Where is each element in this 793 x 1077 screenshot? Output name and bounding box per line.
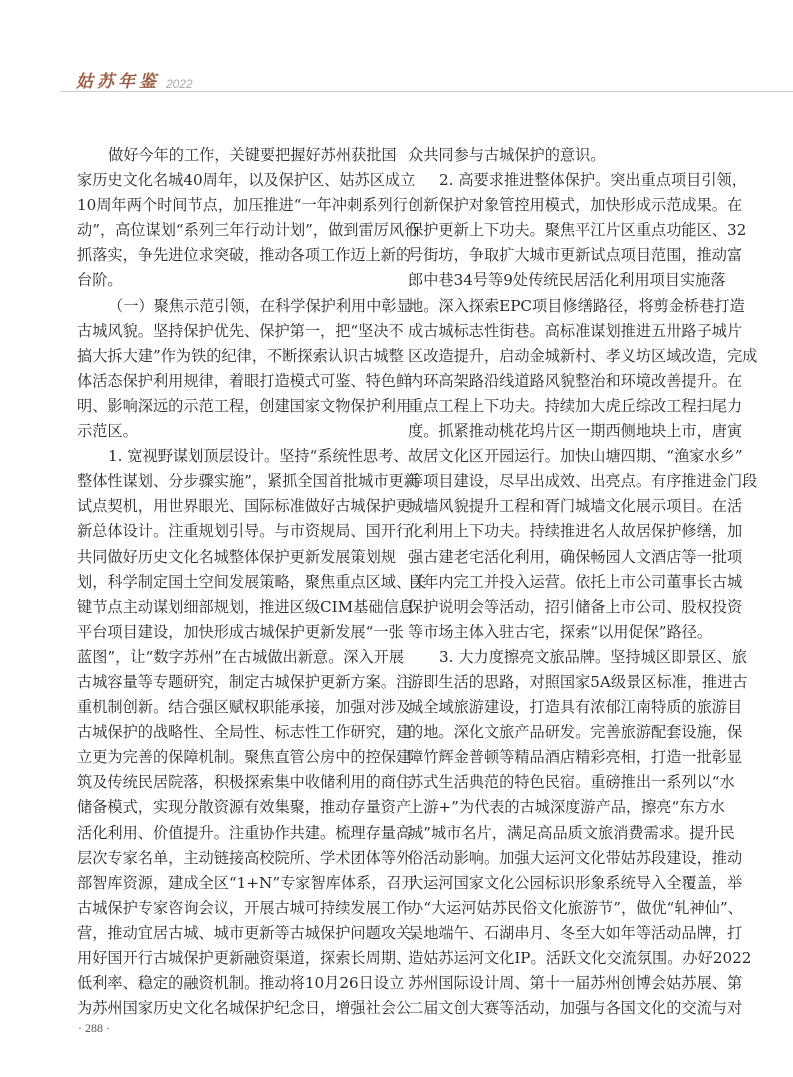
text-line: 办“大运河姑苏民俗文化旅游节”，做优“轧神仙”、 [408,896,724,921]
text-line: 故居文化区开园运行。加快山塘四期、“渔家水乡” [408,444,724,469]
text-line: 保护更新上下功夫。聚焦平江片区重点功能区、32 [408,218,724,243]
text-line: 城墙风貌提升工程和胥门城墙文化展示项目。在活 [408,494,724,519]
text-line: 活化利用、价值提升。注重协作共建。梳理存量高 [77,821,395,846]
text-line: 营，推动宜居古城、城市更新等古城保护问题攻关。 [77,921,395,946]
text-line: 用好国开行古城保护更新融资渠道，探索长周期、 [77,946,395,971]
text-line: 强古建老宅活化利用，确保畅园人文酒店等一批项 [408,545,724,570]
text-line: 古城容量等专题研究，制定古城保护更新方案。注 [77,670,395,695]
text-line: 号街坊，争取扩大城市更新试点项目范围，推动富 [408,243,724,268]
text-line: 重点工程上下功夫。持续加大虎丘综改工程扫尾力 [408,394,724,419]
text-line: 造姑苏运河文化IP。活跃文化交流氛围。办好2022 [408,946,724,971]
text-line: 层次专家名单，主动链接高校院所、学术团体等外 [77,846,395,871]
text-line: 古城保护专家咨询会议，开展古城可持续发展工作 [77,896,395,921]
text-line: 地。深入探索EPC项目修缮路径，将剪金桥巷打造 [408,294,724,319]
text-line: 家历史文化名城40周年，以及保护区、姑苏区成立 [77,168,395,193]
text-line: 搞大拆大建”作为铁的纪律，不断探索认识古城整 [77,344,395,369]
text-line: 游即生活的思路，对照国家5A级景区标准，推进古 [408,670,724,695]
text-line: 大运河国家文化公园标识形象系统导入全覆盖，举 [408,871,724,896]
text-line: 示范区。 [77,419,395,444]
text-line: 区改造提升，启动金城新村、孝义坊区域改造，完成 [408,344,724,369]
text-line: 内环高架路沿线道路风貌整治和环境改善提升。在 [408,369,724,394]
text-line: 古城风貌。坚持保护优先、保护第一，把“坚决不 [77,319,395,344]
text-line: 上游+”为代表的古城深度游产品，擦亮“东方水 [408,795,724,820]
header-rule [60,91,793,92]
text-line: 蓝图”，让“数字苏州”在古城做出新意。深入开展 [77,645,395,670]
text-line: 动”，高位谋划“系列三年行动计划”，做到雷厉风行 [77,218,395,243]
text-line: 苏州国际设计周、第十一届苏州创博会姑苏展、第 [408,971,724,996]
text-line: 整体性谋划、分步骤实施”，紧抓全国首批城市更新 [77,469,395,494]
text-line: 众共同参与古城保护的意识。 [408,143,724,168]
text-line: 做好今年的工作，关键要把握好苏州获批国 [77,143,395,168]
text-line: 二届文创大赛等活动，加强与各国文化的交流与对 [408,996,724,1021]
left-text-column: 做好今年的工作，关键要把握好苏州获批国家历史文化名城40周年，以及保护区、姑苏区… [77,143,395,1021]
text-line: 保护说明会等活动，招引储备上市公司、股权投资 [408,595,724,620]
text-line: 目年内完工并投入运营。依托上市公司董事长古城 [408,570,724,595]
text-line: 的地。深化文旅产品研发。完善旅游配套设施，保 [408,720,724,745]
text-line: 键节点主动谋划细部规划，推进区级CIM基础信息 [77,595,395,620]
text-line: 部智库资源，建成全区“1+N”专家智库体系，召开 [77,871,395,896]
text-line: 划，科学制定国土空间发展策略，聚焦重点区域、关 [77,570,395,595]
yearbook-year: 2022 [166,77,193,91]
yearbook-title: 姑苏年鉴 [76,67,160,92]
text-line: 为苏州国家历史文化名城保护纪念日，增强社会公 [77,996,395,1021]
text-line: 台阶。 [77,268,395,293]
running-header: 姑苏年鉴 2022 [76,72,193,92]
text-line: 城”城市名片，满足高品质文旅消费需求。提升民 [408,821,724,846]
text-line: 等市场主体入驻古宅，探索“以用促保”路径。 [408,620,724,645]
text-line: 储备模式，实现分散资源有效集聚，推动存量资产 [77,795,395,820]
text-line: 创新保护对象管控用模式，加快形成示范成果。在 [408,193,724,218]
text-line: 等项目建设，尽早出成效、出亮点。有序推进金门段 [408,469,724,494]
text-line: 明、影响深远的示范工程，创建国家文物保护利用 [77,394,395,419]
text-line: 低利率、稳定的融资机制。推动将10月26日设立 [77,971,395,996]
right-text-column: 众共同参与古城保护的意识。2. 高要求推进整体保护。突出重点项目引领，创新保护对… [408,143,724,1021]
text-line: 体活态保护利用规律，着眼打造模式可鉴、特色鲜 [77,369,395,394]
text-line: 立更为完善的保障机制。聚焦直管公房中的控保建 [77,745,395,770]
text-line: 2. 高要求推进整体保护。突出重点项目引领， [408,168,724,193]
text-line: 10周年两个时间节点，加压推进“一年冲刺系列行 [77,193,395,218]
text-line: 3. 大力度擦亮文旅品牌。坚持城区即景区、旅 [408,645,724,670]
text-line: 成古城标志性街巷。高标准谋划推进五卅路子城片 [408,319,724,344]
text-line: 新总体设计。注重规划引导。与市资规局、国开行 [77,519,395,544]
page-number: · 288 · [78,1021,110,1036]
text-line: 化利用上下功夫。持续推进名人故居保护修缮，加 [408,519,724,544]
text-line: 共同做好历史文化名城整体保护更新发展策划规 [77,545,395,570]
text-line: 郎中巷34号等9处传统民居活化利用项目实施落 [408,268,724,293]
text-line: 筑及传统民居院落，积极探索集中收储利用的商住 [77,770,395,795]
text-line: 古城保护的战略性、全局性、标志性工作研究，建 [77,720,395,745]
text-line: 障竹辉金普顿等精品酒店精彩亮相，打造一批彰显 [408,745,724,770]
text-line: （一）聚焦示范引领，在科学保护利用中彰显 [77,294,395,319]
text-line: 苏式生活典范的特色民宿。重磅推出一系列以“水 [408,770,724,795]
text-line: 重机制创新。结合强区赋权职能承接，加强对涉及 [77,695,395,720]
text-line: 城全域旅游建设，打造具有浓郁江南特质的旅游目 [408,695,724,720]
text-line: 1. 宽视野谋划顶层设计。坚持“系统性思考、 [77,444,395,469]
text-line: 俗活动影响。加强大运河文化带姑苏段建设，推动 [408,846,724,871]
text-line: 度。抓紧推动桃花坞片区一期西侧地块上市，唐寅 [408,419,724,444]
text-line: 试点契机，用世界眼光、国际标准做好古城保护更 [77,494,395,519]
text-line: 平台项目建设，加快形成古城保护更新发展“一张 [77,620,395,645]
text-line: 吴地端午、石湖串月、冬至大如年等活动品牌，打 [408,921,724,946]
text-line: 抓落实，争先进位求突破，推动各项工作迈上新的 [77,243,395,268]
